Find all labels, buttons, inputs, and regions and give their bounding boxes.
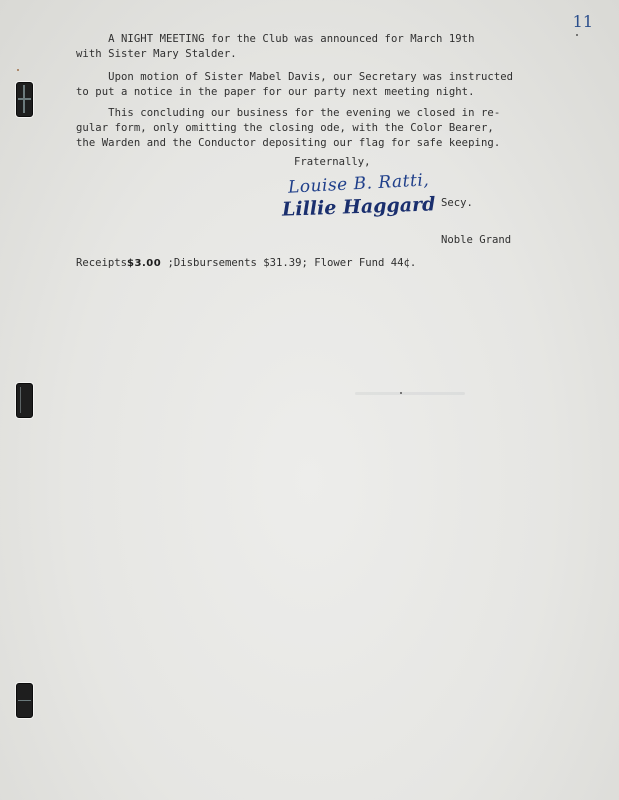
page-number: 11 bbox=[573, 12, 593, 31]
secretary-title: Secy. bbox=[441, 197, 473, 209]
noble-grand-signature: Lillie Haggard bbox=[282, 193, 436, 220]
document-page: 11 A NIGHT MEETING for the Club was anno… bbox=[0, 0, 619, 800]
binder-hole bbox=[16, 683, 33, 718]
closing-salutation: Fraternally, bbox=[294, 156, 371, 168]
binder-hole bbox=[16, 82, 33, 117]
noble-grand-title: Noble Grand bbox=[441, 234, 511, 246]
paragraph-closing-business: This concluding our business for the eve… bbox=[76, 106, 500, 151]
receipts-label: Receipts bbox=[76, 257, 127, 269]
binder-hole bbox=[16, 383, 33, 418]
paragraph-night-meeting: A NIGHT MEETING for the Club was announc… bbox=[76, 32, 475, 62]
receipts-value: $3.00 bbox=[127, 258, 161, 269]
disbursements-text: ;Disbursements $31.39; Flower Fund 44¢. bbox=[161, 257, 416, 269]
finance-summary: Receipts$3.00 ;Disbursements $31.39; Flo… bbox=[76, 257, 416, 269]
paper-speck bbox=[17, 69, 19, 71]
paper-speck bbox=[400, 392, 402, 394]
ink-bleed-through bbox=[355, 392, 465, 395]
paragraph-motion: Upon motion of Sister Mabel Davis, our S… bbox=[76, 70, 513, 100]
paper-speck bbox=[576, 34, 578, 36]
